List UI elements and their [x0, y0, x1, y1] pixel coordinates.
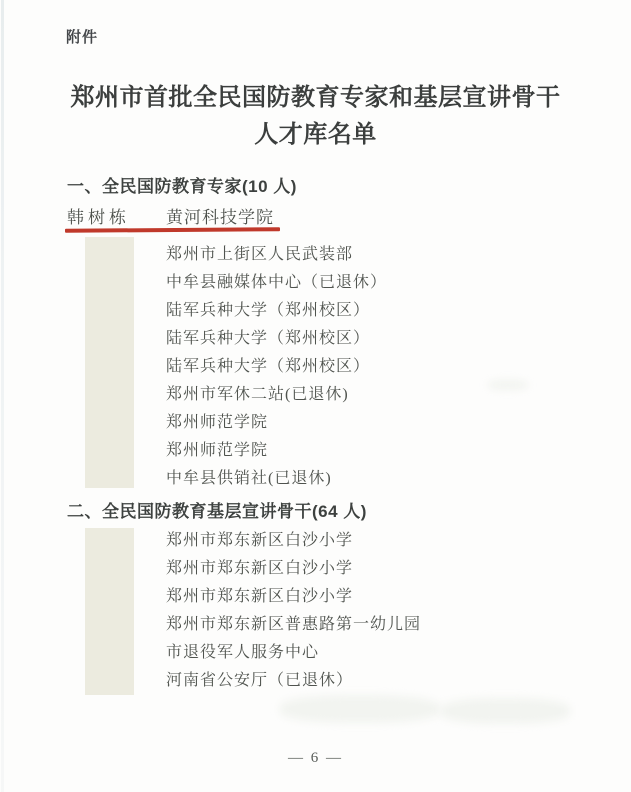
org-row: 郑州市郑东新区白沙小学	[166, 580, 421, 608]
scanned-document-page: 附件 郑州市首批全民国防教育专家和基层宣讲骨干 人才库名单 一、全民国防教育专家…	[0, 0, 631, 792]
scan-smudge	[280, 695, 440, 723]
section2-org-list: 郑州市郑东新区白沙小学 郑州市郑东新区白沙小学 郑州市郑东新区白沙小学 郑州市郑…	[166, 524, 421, 692]
org-row: 陆军兵种大学（郑州校区）	[166, 322, 387, 350]
org-row: 郑州市郑东新区白沙小学	[166, 524, 421, 552]
featured-expert-row: 韩树栋 黄河科技学院	[0, 203, 631, 227]
org-row: 陆军兵种大学（郑州校区）	[166, 294, 387, 322]
org-row: 郑州市上街区人民武装部	[166, 238, 387, 266]
org-row: 郑州市郑东新区白沙小学	[166, 552, 421, 580]
page-number: — 6 —	[0, 750, 631, 767]
org-row: 郑州市郑东新区普惠路第一幼儿园	[166, 608, 421, 636]
org-row: 河南省公安厅（已退休）	[166, 664, 421, 692]
section1-org-list: 郑州市上街区人民武装部 中牟县融媒体中心（已退休） 陆军兵种大学（郑州校区） 陆…	[166, 238, 387, 490]
org-row: 市退役军人服务中心	[166, 636, 421, 664]
attachment-label: 附件	[66, 26, 98, 47]
featured-expert-org: 黄河科技学院	[166, 203, 274, 228]
scan-smudge	[440, 698, 570, 724]
org-row: 中牟县供销社(已退休)	[166, 462, 387, 490]
featured-expert-name: 韩树栋	[67, 203, 130, 228]
document-title: 郑州市首批全民国防教育专家和基层宣讲骨干 人才库名单	[0, 80, 631, 154]
document-title-line2: 人才库名单	[0, 117, 631, 154]
redacted-names-block-section2	[85, 528, 134, 695]
org-row: 中牟县融媒体中心（已退休）	[166, 266, 387, 294]
org-row: 郑州师范学院	[166, 406, 387, 434]
scan-smudge	[488, 380, 528, 390]
org-row: 郑州市军休二站(已退休)	[166, 378, 387, 406]
document-title-line1: 郑州市首批全民国防教育专家和基层宣讲骨干	[0, 80, 631, 117]
section2-heading: 二、全民国防教育基层宣讲骨干(64 人)	[67, 497, 367, 522]
section1-heading: 一、全民国防教育专家(10 人)	[67, 172, 297, 197]
org-row: 郑州师范学院	[166, 434, 387, 462]
org-row: 陆军兵种大学（郑州校区）	[166, 350, 387, 378]
redacted-names-block-section1	[85, 237, 134, 488]
red-highlight-underline	[65, 227, 280, 233]
